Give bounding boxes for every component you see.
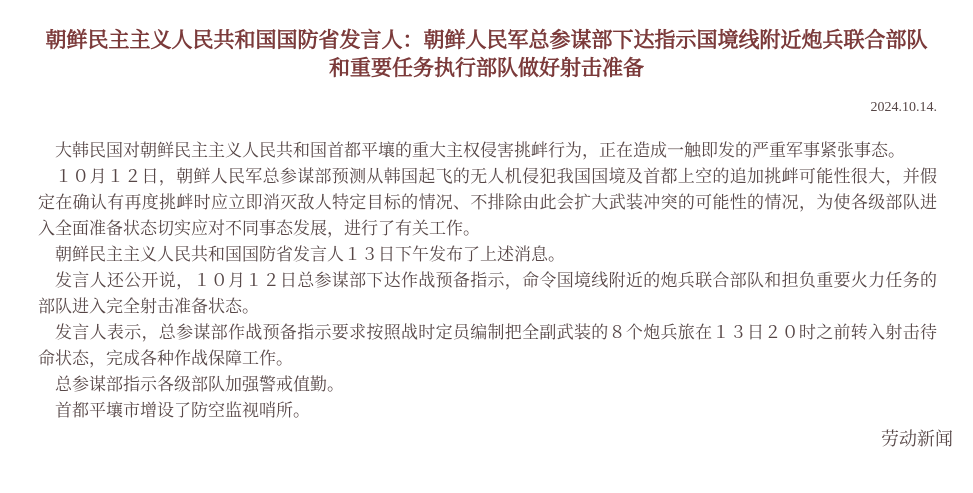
article-source: 劳动新闻: [0, 426, 953, 452]
article-paragraph: 总参谋部指示各级部队加强警戒值勤。: [38, 372, 937, 398]
article-paragraph: 大韩民国对朝鲜民主主义人民共和国首都平壤的重大主权侵害挑衅行为，正在造成一触即发…: [38, 138, 937, 164]
article-paragraph: 发言人还公开说，１０月１２日总参谋部下达作战预备指示，命令国境线附近的炮兵联合部…: [38, 268, 937, 320]
article-date: 2024.10.14.: [0, 100, 937, 116]
article-paragraph: 首都平壤市增设了防空监视哨所。: [38, 398, 937, 424]
article-paragraph: 朝鲜民主主义人民共和国国防省发言人１３日下午发布了上述消息。: [38, 242, 937, 268]
article-paragraph: 发言人表示，总参谋部作战预备指示要求按照战时定员编制把全副武装的８个炮兵旅在１３…: [38, 320, 937, 372]
article-body: 大韩民国对朝鲜民主主义人民共和国首都平壤的重大主权侵害挑衅行为，正在造成一触即发…: [38, 138, 937, 424]
article-paragraph: １０月１２日，朝鲜人民军总参谋部预测从韩国起飞的无人机侵犯我国国境及首都上空的追…: [38, 164, 937, 242]
article-page: 朝鲜民主主义人民共和国国防省发言人：朝鲜人民军总参谋部下达指示国境线附近炮兵联合…: [0, 0, 973, 493]
article-title: 朝鲜民主主义人民共和国国防省发言人：朝鲜人民军总参谋部下达指示国境线附近炮兵联合…: [40, 26, 933, 82]
